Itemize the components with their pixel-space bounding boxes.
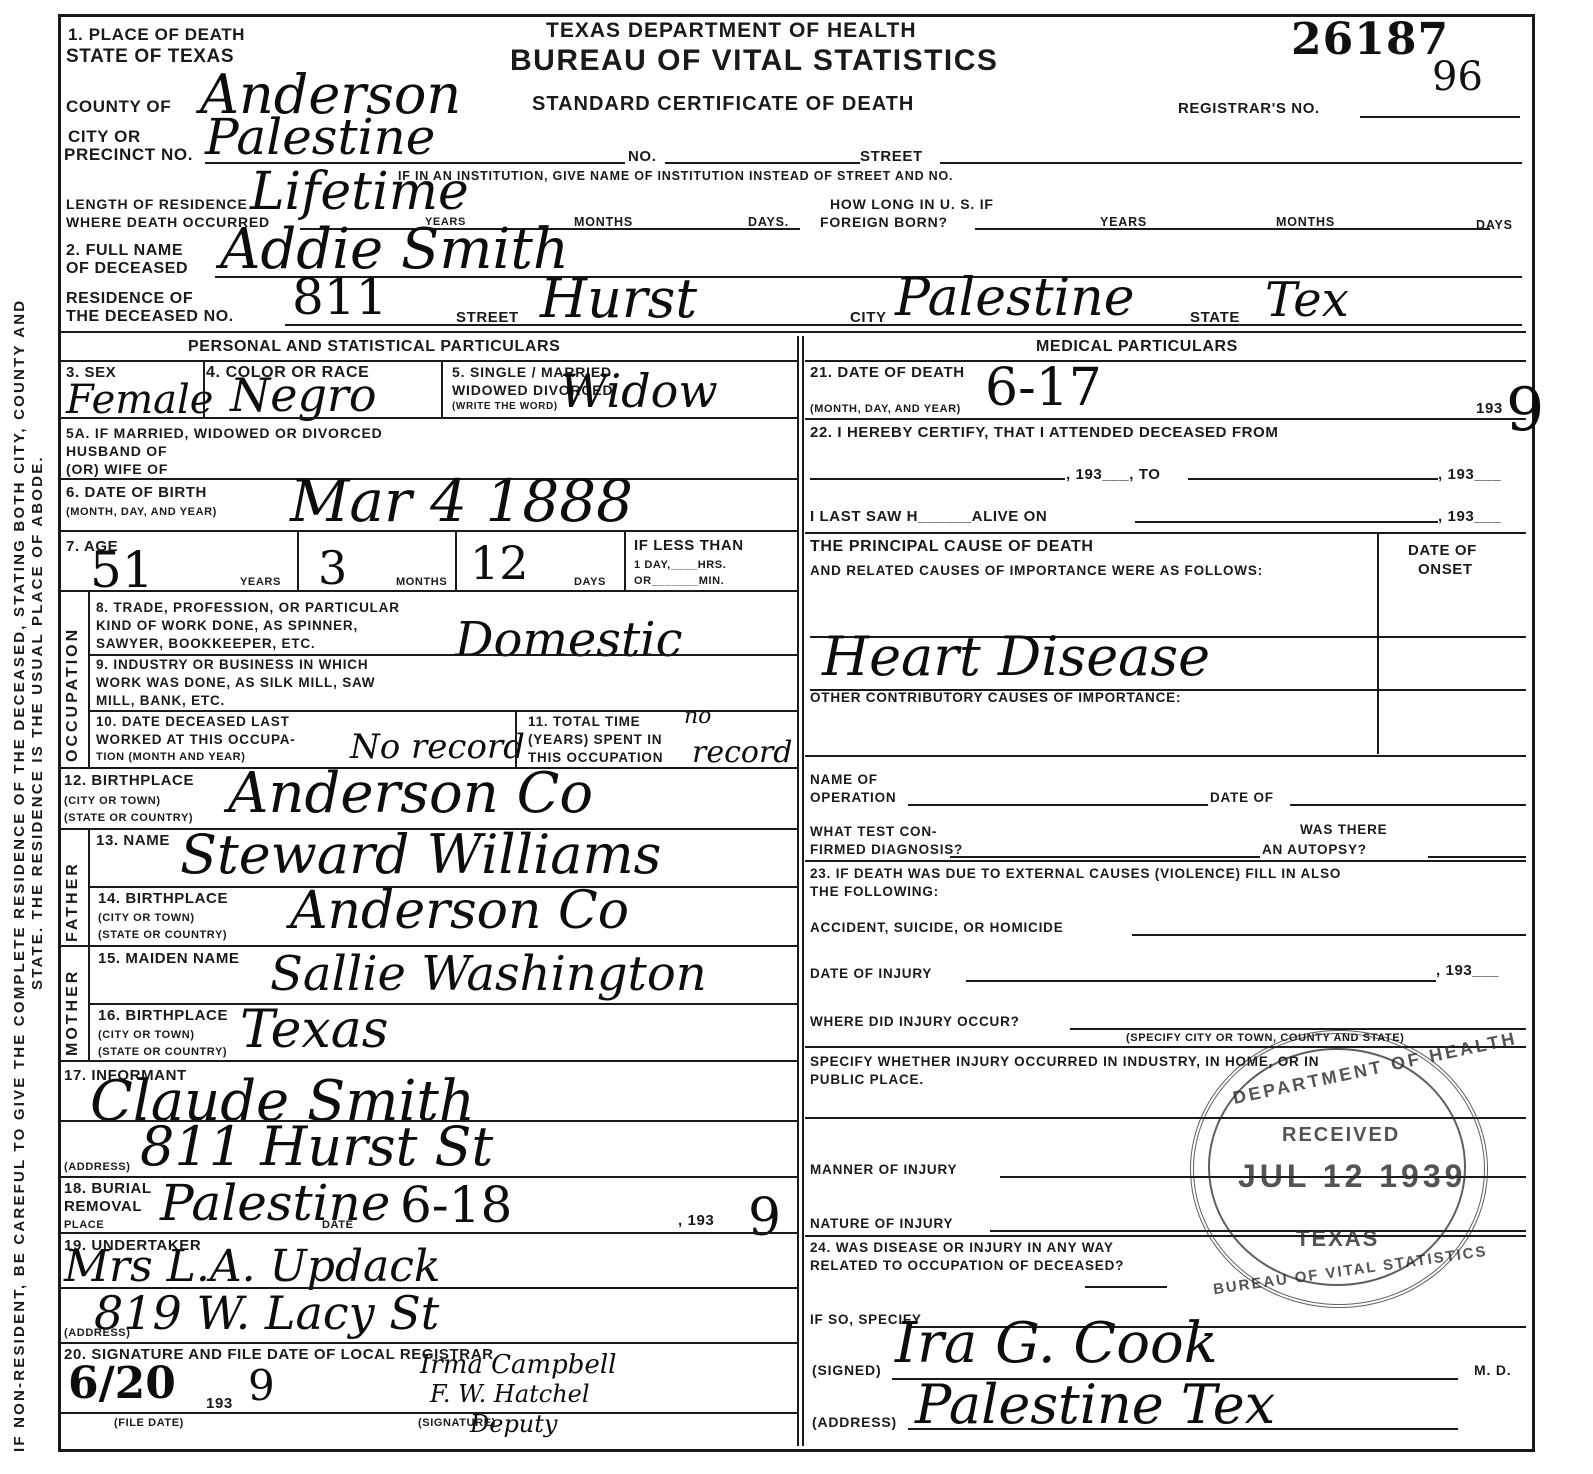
row15-line — [90, 1003, 797, 1005]
operation-label-1: NAME OF — [810, 772, 878, 788]
burial-date-value: 6-18 — [400, 1180, 512, 1230]
father-name-value: Steward Williams — [180, 828, 661, 882]
age-months-label: MONTHS — [396, 575, 447, 589]
last-worked-value: No record — [350, 730, 525, 764]
total-time-label-1: 11. TOTAL TIME — [528, 714, 640, 730]
external-label-2: THE FOLLOWING: — [810, 884, 939, 900]
row22-line — [805, 532, 1526, 534]
dod-year-prefix: 193 — [1476, 400, 1503, 418]
cause-label-1: THE PRINCIPAL CAUSE OF DEATH — [810, 538, 1093, 556]
residence-length-value: Lifetime — [250, 166, 469, 218]
race-marital-divider — [441, 362, 443, 417]
last-worked-label-2: WORKED AT THIS OCCUPA- — [96, 732, 296, 748]
occupation-10-11-divider — [515, 712, 517, 767]
occupation-side-divider — [88, 592, 90, 767]
row8-line — [90, 654, 797, 656]
industry-label-1: 9. INDUSTRY OR BUSINESS IN WHICH — [96, 657, 368, 673]
occupation-side-label: OCCUPATION — [64, 627, 82, 762]
injury-date-year: , 193___ — [1436, 962, 1499, 980]
total-time-value-1: no — [684, 706, 711, 728]
medical-section-title: MEDICAL PARTICULARS — [1036, 338, 1238, 356]
trade-label-2: KIND OF WORK DONE, AS SPINNER, — [96, 618, 358, 634]
bureau-title: BUREAU OF VITAL STATISTICS — [510, 52, 998, 70]
injury-where-label: WHERE DID INJURY OCCUR? — [810, 1014, 1020, 1030]
race-value: Negro — [230, 372, 377, 418]
institution-note: IF IN AN INSTITUTION, GIVE NAME OF INSTI… — [398, 168, 953, 184]
stamp-received: RECEIVED — [1282, 1124, 1400, 1147]
stamp-state: TEXAS — [1296, 1226, 1379, 1252]
undertaker-address-line — [61, 1342, 797, 1344]
row7-line — [61, 590, 797, 592]
burial-label-3: PLACE — [64, 1218, 104, 1232]
undertaker-name-value: Mrs L.A. Updack — [64, 1245, 441, 1289]
trade-label-1: 8. TRADE, PROFESSION, OR PARTICULAR — [96, 600, 400, 616]
personal-section-title: PERSONAL AND STATISTICAL PARTICULARS — [188, 338, 560, 356]
foreign-days-label: DAYS — [1476, 217, 1513, 233]
operation-date-line — [1290, 804, 1526, 806]
registrar-signature-line2: F. W. Hatchel — [430, 1382, 590, 1406]
city-label-1: CITY OR — [68, 128, 141, 146]
burial-year-prefix: , 193 — [678, 1212, 714, 1230]
birthplace-label-2: (CITY OR TOWN) — [64, 794, 161, 808]
total-time-label-2: (YEARS) SPENT IN — [528, 732, 662, 748]
mother-bp-label-2: (CITY OR TOWN) — [98, 1028, 195, 1042]
industry-label-2: WORK WAS DONE, AS SILK MILL, SAW — [96, 675, 375, 691]
marital-label-3: (WRITE THE WORD) — [452, 400, 558, 414]
header-divider — [61, 331, 1526, 333]
foreign-months-label: MONTHS — [1276, 214, 1335, 230]
row6-line — [61, 530, 797, 532]
maiden-name-label: 15. MAIDEN NAME — [98, 950, 240, 968]
autopsy-label-2: AN AUTOPSY? — [1262, 842, 1367, 858]
nature-label: NATURE OF INJURY — [810, 1216, 953, 1232]
side-instruction-line2: STATE. THE RESIDENCE IS THE USUAL PLACE … — [29, 455, 46, 990]
trade-value: Domestic — [455, 616, 682, 664]
less-than-label-2: 1 DAY,____HRS. — [634, 558, 726, 572]
signed-label: (SIGNED) — [812, 1362, 881, 1378]
accident-label: ACCIDENT, SUICIDE, OR HOMICIDE — [810, 920, 1064, 936]
file-date-value: 6/20 — [68, 1362, 176, 1406]
informant-address-label: (ADDRESS) — [64, 1160, 131, 1174]
accident-line — [1132, 934, 1526, 936]
injury-where-bottom-line — [805, 1046, 1526, 1048]
marital-value: Widow — [560, 368, 718, 414]
operation-label-2: OPERATION — [810, 790, 896, 806]
attended-to-line — [1188, 478, 1438, 480]
physician-address-label: (ADDRESS) — [812, 1414, 897, 1430]
informant-address-value: 811 Hurst St — [140, 1120, 493, 1174]
maiden-name-value: Sallie Washington — [270, 950, 707, 998]
side-instruction-line1: IF NON-RESIDENT, BE CAREFUL TO GIVE THE … — [11, 299, 28, 1452]
other-causes-label: OTHER CONTRIBUTORY CAUSES OF IMPORTANCE: — [810, 690, 1181, 706]
undertaker-address-value: 819 W. Lacy St — [94, 1290, 439, 1336]
last-saw-line — [1135, 521, 1438, 523]
full-name-label-2: OF DECEASED — [66, 260, 188, 278]
months-label: MONTHS — [574, 214, 633, 230]
father-bp-label-1: 14. BIRTHPLACE — [98, 890, 228, 908]
age-days-divider — [624, 532, 626, 590]
age-years-divider — [297, 532, 299, 590]
registrar-line — [1360, 116, 1520, 118]
father-name-label: 13. NAME — [96, 832, 170, 850]
full-name-label-1: 2. FULL NAME — [66, 242, 183, 260]
operation-line — [908, 804, 1208, 806]
father-side-divider — [88, 830, 90, 945]
signature-label: (SIGNATURE) — [418, 1416, 496, 1430]
foreign-born-line — [975, 228, 1490, 230]
sex-value: Female — [66, 380, 213, 420]
center-divider-a — [797, 336, 799, 1446]
father-bp-label-2: (CITY OR TOWN) — [98, 911, 195, 925]
undertaker-address-label: (ADDRESS) — [64, 1326, 131, 1340]
mother-bp-label-1: 16. BIRTHPLACE — [98, 1007, 228, 1025]
place-of-death-label: 1. PLACE OF DEATH — [68, 26, 245, 44]
last-saw-year: , 193___ — [1438, 508, 1501, 526]
county-label: COUNTY OF — [66, 98, 171, 116]
residence-street-value: Hurst — [540, 272, 697, 326]
full-name-value: Addie Smith — [220, 222, 569, 278]
burial-place-value: Palestine — [160, 1178, 390, 1228]
residence-label-2: THE DECEASED NO. — [66, 308, 234, 326]
age-years-label: YEARS — [240, 575, 281, 589]
age-months-value: 3 — [318, 545, 347, 591]
no-label: NO. — [628, 148, 656, 166]
birthplace-label-1: 12. BIRTHPLACE — [64, 772, 194, 790]
md-label: M. D. — [1474, 1362, 1511, 1378]
father-bp-value: Anderson Co — [290, 885, 629, 937]
less-than-label-3: OR_______MIN. — [634, 574, 724, 588]
dod-label-2: (MONTH, DAY, AND YEAR) — [810, 402, 961, 416]
residence-line — [285, 324, 1522, 326]
injury-place-label-2: PUBLIC PLACE. — [810, 1072, 924, 1088]
registrar-signature-line1: Irma Campbell — [420, 1352, 616, 1378]
file-date-label: (FILE DATE) — [114, 1416, 184, 1430]
row18-line — [61, 1232, 797, 1234]
occupational-line — [1085, 1286, 1167, 1288]
dob-value: Mar 4 1888 — [290, 472, 633, 530]
occupational-label-1: 24. WAS DISEASE OR INJURY IN ANY WAY — [810, 1240, 1114, 1256]
foreign-years-label: YEARS — [1100, 214, 1147, 230]
total-time-value-2: record — [692, 738, 793, 768]
physician-address-line — [908, 1428, 1458, 1430]
burial-date-label: DATE — [322, 1218, 354, 1232]
medical-title-line — [805, 360, 1526, 362]
stamp-date: JUL 12 1939 — [1238, 1158, 1466, 1195]
birthplace-label-3: (STATE OR COUNTRY) — [64, 811, 193, 825]
dod-value: 6-17 — [985, 362, 1102, 414]
sex-race-divider — [203, 362, 205, 417]
spouse-label-3: (OR) WIFE OF — [66, 461, 168, 477]
cause-value: Heart Disease — [822, 630, 1210, 684]
spouse-label-2: HUSBAND OF — [66, 443, 167, 459]
spouse-label-1: 5A. IF MARRIED, WIDOWED OR DIVORCED — [66, 425, 383, 441]
residence-length-label-1: LENGTH OF RESIDENCE — [66, 196, 248, 212]
registrar-no-label: REGISTRAR'S NO. — [1178, 100, 1320, 118]
city-value: Palestine — [205, 112, 435, 162]
injury-date-line — [966, 980, 1436, 982]
mother-bp-label-3: (STATE OR COUNTRY) — [98, 1045, 227, 1059]
autopsy-line — [1428, 856, 1526, 858]
residence-label-1: RESIDENCE OF — [66, 290, 193, 308]
death-certificate-page: IF NON-RESIDENT, BE CAREFUL TO GIVE THE … — [0, 0, 1593, 1474]
dob-label-2: (MONTH, DAY, AND YEAR) — [66, 505, 217, 519]
trade-label-3: SAWYER, BOOKKEEPER, ETC. — [96, 636, 315, 652]
center-divider-b — [802, 336, 804, 1446]
test-label-1: WHAT TEST CON- — [810, 824, 937, 840]
row3-line — [61, 417, 797, 419]
department-title: TEXAS DEPARTMENT OF HEALTH — [546, 22, 917, 40]
burial-label-1: 18. BURIAL — [64, 1180, 152, 1198]
residence-number-value: 811 — [292, 272, 387, 322]
file-date-year-value: 9 — [248, 1365, 275, 1407]
age-years-value: 51 — [90, 545, 154, 595]
dob-label-1: 6. DATE OF BIRTH — [66, 484, 207, 502]
row-operation-line — [805, 860, 1526, 862]
onset-label-1: DATE OF — [1408, 542, 1477, 560]
other-causes-line — [805, 755, 1526, 757]
street-label: STREET — [860, 148, 923, 166]
attended-from-year: , 193___, TO — [1066, 466, 1160, 484]
last-worked-label-1: 10. DATE DECEASED LAST — [96, 714, 290, 730]
days-label: DAYS. — [748, 214, 789, 230]
dod-year-value: 9 — [1506, 380, 1544, 440]
burial-year-value: 9 — [748, 1192, 781, 1244]
personal-title-line — [61, 360, 797, 362]
registrar-line — [61, 1412, 797, 1414]
residence-city-value: Palestine — [895, 272, 1135, 324]
foreign-born-label-2: FOREIGN BORN? — [820, 214, 948, 230]
injury-where-line — [1070, 1028, 1526, 1030]
last-saw-label: I LAST SAW H______ALIVE ON — [810, 508, 1047, 526]
burial-label-2: REMOVAL — [64, 1198, 142, 1216]
industry-label-3: MILL, BANK, ETC. — [96, 693, 225, 709]
certificate-number: 26187 — [1291, 14, 1449, 65]
attended-from-line — [810, 478, 1065, 480]
physician-address-value: Palestine Tex — [915, 1378, 1275, 1432]
cause-label-2: AND RELATED CAUSES OF IMPORTANCE WERE AS… — [810, 563, 1263, 579]
certify-label: 22. I HEREBY CERTIFY, THAT I ATTENDED DE… — [810, 424, 1278, 442]
form-title: STANDARD CERTIFICATE OF DEATH — [532, 95, 914, 113]
age-months-divider — [455, 532, 457, 590]
foreign-born-label-1: HOW LONG IN U. S. IF — [830, 196, 994, 212]
physician-signature: Ira G. Cook — [895, 1316, 1218, 1372]
injury-date-label: DATE OF INJURY — [810, 966, 932, 982]
birthplace-value: Anderson Co — [228, 766, 593, 822]
father-bp-label-3: (STATE OR COUNTRY) — [98, 928, 227, 942]
age-days-label: DAYS — [574, 575, 606, 589]
manner-label: MANNER OF INJURY — [810, 1162, 957, 1178]
registrar-number: 96 — [1432, 54, 1483, 100]
external-label-1: 23. IF DEATH WAS DUE TO EXTERNAL CAUSES … — [810, 866, 1341, 882]
dod-label-1: 21. DATE OF DEATH — [810, 364, 965, 382]
residence-state-value: Tex — [1265, 276, 1349, 324]
row21-line — [805, 418, 1526, 420]
less-than-label-1: IF LESS THAN — [634, 537, 744, 555]
age-days-value: 12 — [470, 540, 529, 586]
test-line — [950, 856, 1260, 858]
test-label-2: FIRMED DIAGNOSIS? — [810, 842, 963, 858]
mother-bottom-line — [61, 1060, 797, 1062]
mother-bp-value: Texas — [240, 1004, 388, 1056]
no-line — [665, 162, 860, 164]
street-line — [940, 162, 1522, 164]
autopsy-label-1: WAS THERE — [1300, 822, 1387, 838]
occupational-label-2: RELATED TO OCCUPATION OF DECEASED? — [810, 1258, 1124, 1274]
attended-to-year: , 193___ — [1438, 466, 1501, 484]
mother-side-label: MOTHER — [64, 969, 82, 1056]
onset-label-2: ONSET — [1418, 561, 1473, 579]
operation-date-label: DATE OF — [1210, 790, 1274, 806]
file-date-year-prefix: 193 — [206, 1395, 233, 1413]
last-worked-label-3: TION (MONTH AND YEAR) — [96, 750, 245, 764]
city-label-2: PRECINCT NO. — [64, 146, 193, 164]
father-side-label: FATHER — [64, 861, 82, 942]
onset-divider — [1377, 534, 1379, 754]
